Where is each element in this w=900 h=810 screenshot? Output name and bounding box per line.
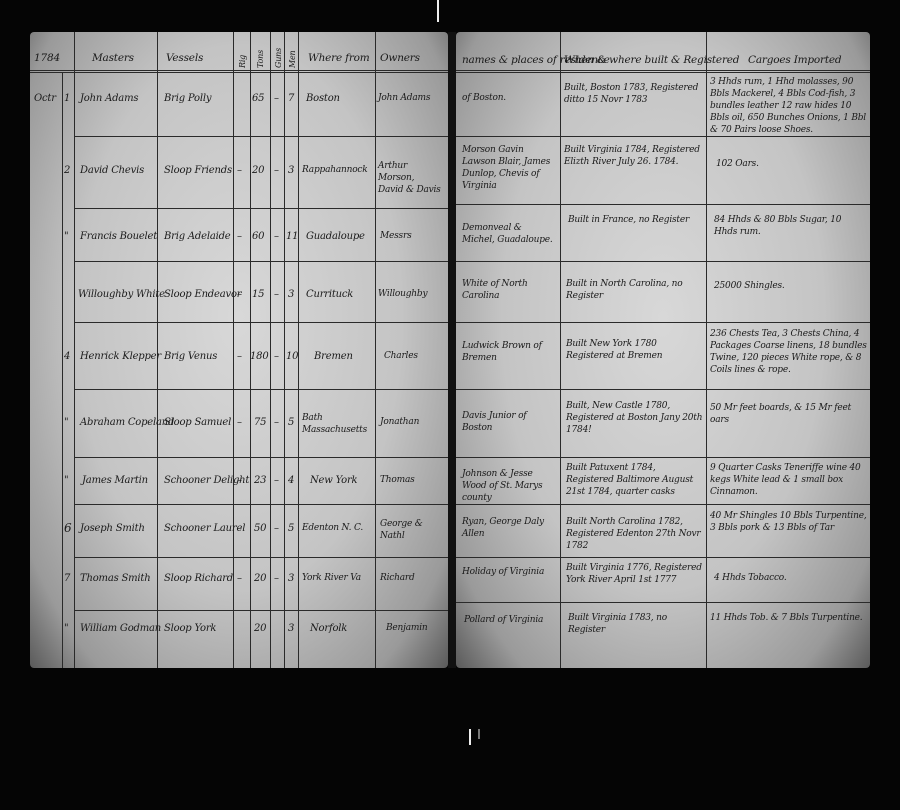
where-from-cell: Bremen (314, 350, 353, 363)
guns-cell: – (274, 92, 279, 105)
master-col-line (74, 32, 75, 668)
owner-cell: Richard (380, 572, 415, 584)
tons-cell: 50 (254, 522, 266, 535)
vessel-cell: Sloop York (164, 622, 216, 635)
vessel-cell: Schooner Laurel (164, 522, 245, 535)
cargo-cell: 3 Hhds rum, 1 Hhd molasses, 90 Bbls Mack… (710, 76, 868, 136)
tons-header: Tons (254, 50, 267, 68)
where-from-cell: York River Va (302, 572, 361, 584)
tons-cell: 75 (254, 416, 266, 429)
row-separator (456, 602, 870, 603)
where-from-cell: New York (310, 474, 357, 487)
guns-col-line (270, 32, 271, 668)
owner-residence-cell: Ludwick Brown of Bremen (462, 340, 556, 364)
row-separator (74, 261, 448, 262)
tons-cell: 180 (250, 350, 269, 363)
rig-col-line (233, 32, 234, 668)
men-cell: 10 (286, 350, 298, 363)
men-cell: 11 (286, 230, 298, 243)
rig-cell: – (237, 474, 242, 487)
owner-cell: Thomas (380, 474, 415, 486)
vessel-cell: Brig Venus (164, 350, 217, 363)
owner-col-line (375, 32, 376, 668)
cargoes-header: Cargoes Imported (748, 54, 841, 67)
rig-cell: – (237, 230, 242, 243)
owner-residence-cell: Demonveal & Michel, Guadaloupe. (462, 222, 556, 246)
tons-cell: 65 (252, 92, 264, 105)
day-cell: " (64, 230, 68, 243)
vessel-cell: Brig Polly (164, 92, 211, 105)
guns-cell: – (274, 350, 279, 363)
master-cell: Joseph Smith (80, 522, 145, 535)
row-separator (74, 322, 448, 323)
day-col-line (62, 72, 63, 668)
tons-cell: 20 (252, 164, 264, 177)
owner-cell: Charles (384, 350, 418, 362)
left-page: 1784 Masters Vessels Rig Tons Guns Men W… (30, 32, 448, 668)
master-cell: Thomas Smith (80, 572, 150, 585)
rig-header: Rig (236, 55, 249, 68)
right-page: names & places of residence When & where… (456, 32, 870, 668)
men-cell: 3 (288, 622, 294, 635)
row-separator (74, 610, 448, 611)
header-rule (456, 70, 870, 71)
month-cell: Octr (34, 92, 56, 105)
day-cell: 2 (64, 164, 70, 177)
vessel-cell: Sloop Richard (164, 572, 233, 585)
rig-cell: – (237, 350, 242, 363)
guns-cell: – (274, 416, 279, 429)
men-cell: 5 (288, 522, 294, 535)
row-separator (456, 322, 870, 323)
where-from-header: Where from (308, 52, 370, 65)
built-registered-cell: Built, New Castle 1780, Registered at Bo… (566, 400, 704, 436)
built-registered-cell: Built Virginia 1784, Registered Elizth R… (564, 144, 704, 168)
row-separator (74, 136, 448, 137)
where-from-cell: Edenton N. C. (302, 522, 363, 534)
cargo-cell: 11 Hhds Tob. & 7 Bbls Turpentine. (710, 612, 868, 624)
cargo-cell: 9 Quarter Casks Teneriffe wine 40 kegs W… (710, 462, 868, 498)
day-cell: 1 (64, 92, 70, 105)
day-cell: 7 (64, 572, 70, 585)
men-cell: 3 (288, 572, 294, 585)
built-registered-cell: Built in North Carolina, no Register (566, 278, 704, 302)
row-separator (74, 208, 448, 209)
row-separator (74, 389, 448, 390)
men-header: Men (286, 51, 299, 68)
tons-cell: 15 (252, 288, 264, 301)
book-gutter (448, 32, 456, 668)
rig-cell: – (237, 288, 242, 301)
where-from-cell: Rappahannock (302, 164, 368, 176)
built-registered-cell: Built Patuxent 1784, Registered Baltimor… (566, 462, 704, 498)
year-header: 1784 (34, 52, 60, 65)
owner-residence-cell: Davis Junior of Boston (462, 410, 556, 434)
men-cell: 7 (288, 92, 294, 105)
cargo-cell: 84 Hhds & 80 Bbls Sugar, 10 Hhds rum. (714, 214, 866, 238)
cargo-cell: 25000 Shingles. (714, 280, 866, 292)
day-cell: " (64, 622, 68, 635)
row-separator (74, 557, 448, 558)
master-cell: Abraham Copeland (80, 416, 174, 429)
rig-cell: – (237, 572, 242, 585)
built-registered-cell: Built Virginia 1783, no Register (568, 612, 704, 636)
scan-mark-top (437, 0, 439, 22)
master-cell: Henrick Klepper (80, 350, 161, 363)
owner-residence-cell: Johnson & Jesse Wood of St. Marys county (462, 468, 556, 504)
rig-cell: – (237, 164, 242, 177)
day-cell: " (64, 474, 68, 487)
owner-cell: Messrs (380, 230, 412, 242)
owner-residence-cell: Ryan, George Daly Allen (462, 516, 556, 540)
owner-cell: Benjamin (386, 622, 428, 634)
vessel-cell: Sloop Friends (164, 164, 232, 177)
cargo-cell: 102 Oars. (716, 158, 866, 170)
rig-cell: – (237, 416, 242, 429)
owner-cell: Willoughby (378, 288, 427, 300)
tons-cell: 20 (254, 572, 266, 585)
scan-mark-bottom (469, 729, 471, 745)
row-separator (456, 204, 870, 205)
master-cell: John Adams (80, 92, 138, 105)
guns-cell: – (274, 522, 279, 535)
men-cell: 3 (288, 288, 294, 301)
tons-cell: 23 (254, 474, 266, 487)
master-cell: Willoughby White (78, 288, 165, 301)
cargo-cell: 40 Mr Shingles 10 Bbls Turpentine, 3 Bbl… (710, 510, 868, 534)
row-separator (456, 504, 870, 505)
built-col-line (560, 32, 561, 668)
row-separator (456, 457, 870, 458)
guns-cell: – (274, 474, 279, 487)
where-from-cell: Norfolk (310, 622, 347, 635)
guns-cell: – (274, 572, 279, 585)
day-cell: 6 (64, 522, 71, 535)
guns-header: Guns (272, 48, 285, 68)
day-cell: 4 (64, 350, 70, 363)
master-cell: Francis Bouelet (80, 230, 157, 243)
guns-cell: – (274, 164, 279, 177)
header-rule-double (456, 72, 870, 73)
row-separator (74, 457, 448, 458)
scan-mark-bottom-small (478, 729, 480, 739)
men-col-line (284, 32, 285, 668)
row-separator (456, 136, 870, 137)
where-from-cell: Guadaloupe (306, 230, 365, 243)
cargo-col-line (706, 32, 707, 668)
owner-cell: Jonathan (380, 416, 419, 428)
owner-cell: John Adams (378, 92, 430, 104)
cargo-cell: 236 Chests Tea, 3 Chests China, 4 Packag… (710, 328, 868, 376)
where-from-cell: Boston (306, 92, 340, 105)
guns-cell: – (274, 288, 279, 301)
row-separator (456, 261, 870, 262)
owner-residence-cell: Holiday of Virginia (462, 566, 556, 578)
owner-residence-cell: of Boston. (462, 92, 556, 104)
master-cell: William Godman (80, 622, 161, 635)
tons-cell: 60 (252, 230, 264, 243)
cargo-cell: 50 Mr feet boards, & 15 Mr feet oars (710, 402, 868, 426)
master-cell: David Chevis (80, 164, 144, 177)
owner-residence-cell: Pollard of Virginia (464, 614, 558, 626)
built-registered-cell: Built New York 1780 Registered at Bremen (566, 338, 704, 362)
men-cell: 5 (288, 416, 294, 429)
built-registered-header: When & where built & Registered (564, 54, 739, 67)
row-separator (456, 389, 870, 390)
owner-cell: Arthur Morson, David & Davis (378, 160, 442, 196)
vessels-header: Vessels (166, 52, 203, 65)
men-cell: 3 (288, 164, 294, 177)
cargo-cell: 4 Hhds Tobacco. (714, 572, 866, 584)
day-cell: " (64, 416, 68, 429)
owners-header: Owners (380, 52, 420, 65)
vessel-cell: Sloop Samuel (164, 416, 231, 429)
row-separator (74, 504, 448, 505)
vessel-cell: Sloop Endeavor (164, 288, 241, 301)
built-registered-cell: Built North Carolina 1782, Registered Ed… (566, 516, 704, 552)
owner-cell: George & Nathl (380, 518, 442, 542)
built-registered-cell: Built Virginia 1776, Registered York Riv… (566, 562, 704, 586)
owner-residence-cell: Morson Gavin Lawson Blair, James Dunlop,… (462, 144, 556, 192)
tons-cell: 20 (254, 622, 266, 635)
where-from-cell: Bath Massachusetts (302, 412, 374, 436)
owner-residence-cell: White of North Carolina (462, 278, 556, 302)
where-from-cell: Currituck (306, 288, 353, 301)
built-registered-cell: Built, Boston 1783, Registered ditto 15 … (564, 82, 704, 106)
built-registered-cell: Built in France, no Register (568, 214, 704, 226)
header-rule-double (30, 72, 448, 73)
header-rule (30, 70, 448, 71)
row-separator (456, 557, 870, 558)
rig-cell: – (237, 522, 242, 535)
vessel-cell: Brig Adelaide (164, 230, 231, 243)
masters-header: Masters (92, 52, 134, 65)
guns-cell: – (274, 230, 279, 243)
men-cell: 4 (288, 474, 294, 487)
ledger-book: 1784 Masters Vessels Rig Tons Guns Men W… (30, 32, 870, 670)
master-cell: James Martin (82, 474, 148, 487)
